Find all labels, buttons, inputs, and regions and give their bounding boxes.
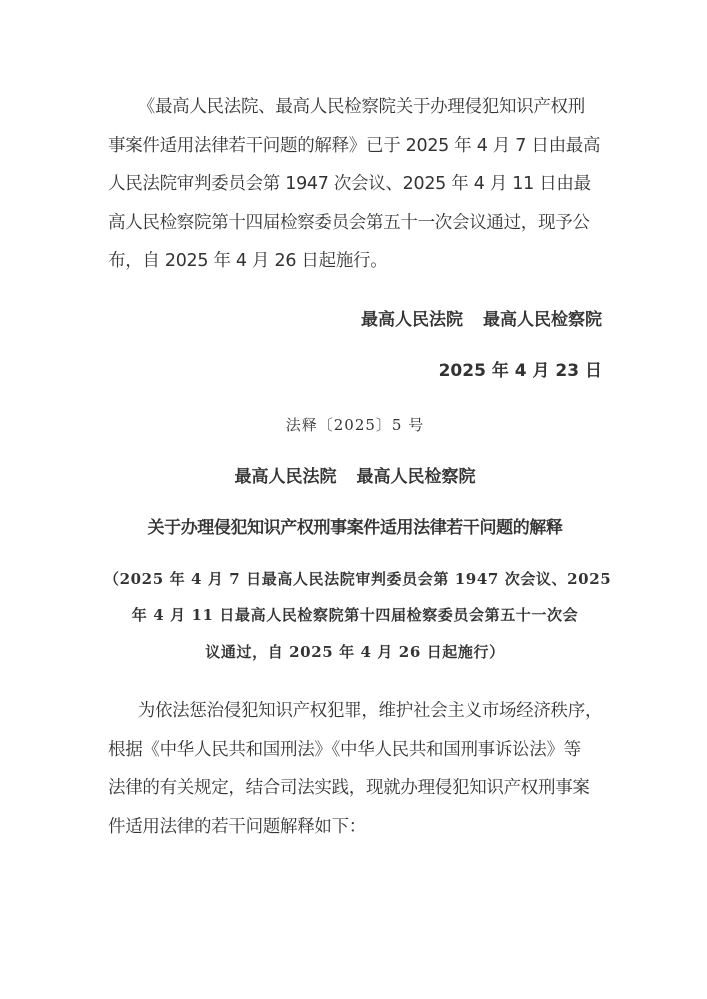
signature-organizations: 最高人民法院最高人民检察院 — [108, 308, 602, 332]
announcement-line: 高人民检察院第十四届检察委员会第五十一次会议通过，现予公 — [108, 204, 602, 243]
preamble-line: 为依法惩治侵犯知识产权犯罪，维护社会主义市场经济秩序， — [108, 692, 602, 731]
announcement-line: 事案件适用法律若干问题的解释》已于 2025 年 4 月 7 日由最高 — [108, 127, 602, 166]
document-page: 《最高人民法院、最高人民检察院关于办理侵犯知识产权刑 事案件适用法律若干问题的解… — [108, 88, 602, 846]
adoption-note-line: 年 4 月 11 日最高人民检察院第十四届检察委员会第五十一次会 — [104, 597, 606, 634]
adoption-note-line: 议通过，自 2025 年 4 月 26 日起施行） — [104, 634, 606, 671]
issuer-court: 最高人民法院 — [235, 467, 337, 487]
preamble-line: 法律的有关规定，结合司法实践，现就办理侵犯知识产权刑事案 — [108, 769, 602, 808]
document-title: 关于办理侵犯知识产权刑事案件适用法律若干问题的解释 — [108, 516, 602, 540]
preamble-line: 件适用法律的若干问题解释如下： — [108, 808, 602, 847]
announcement-paragraph: 《最高人民法院、最高人民检察院关于办理侵犯知识产权刑 事案件适用法律若干问题的解… — [108, 88, 602, 281]
preamble-paragraph: 为依法惩治侵犯知识产权犯罪，维护社会主义市场经济秩序， 根据《中华人民共和国刑法… — [108, 692, 602, 846]
issuer-procuratorate: 最高人民检察院 — [357, 467, 476, 487]
announcement-line: 《最高人民法院、最高人民检察院关于办理侵犯知识产权刑 — [108, 88, 602, 127]
announcement-line: 布，自 2025 年 4 月 26 日起施行。 — [108, 242, 602, 281]
signature-date: 2025 年 4 月 23 日 — [108, 359, 602, 383]
adoption-note: （2025 年 4 月 7 日最高人民法院审判委员会第 1947 次会议、202… — [104, 561, 606, 671]
preamble-line: 根据《中华人民共和国刑法》《中华人民共和国刑事诉讼法》等 — [108, 731, 602, 770]
announcement-line: 人民法院审判委员会第 1947 次会议、2025 年 4 月 11 日由最 — [108, 165, 602, 204]
signature-org-procuratorate: 最高人民检察院 — [483, 310, 602, 330]
signature-org-court: 最高人民法院 — [361, 310, 463, 330]
adoption-note-line: （2025 年 4 月 7 日最高人民法院审判委员会第 1947 次会议、202… — [104, 561, 606, 598]
document-issuers: 最高人民法院最高人民检察院 — [108, 465, 602, 489]
document-number: 法释〔2025〕5 号 — [108, 413, 602, 437]
